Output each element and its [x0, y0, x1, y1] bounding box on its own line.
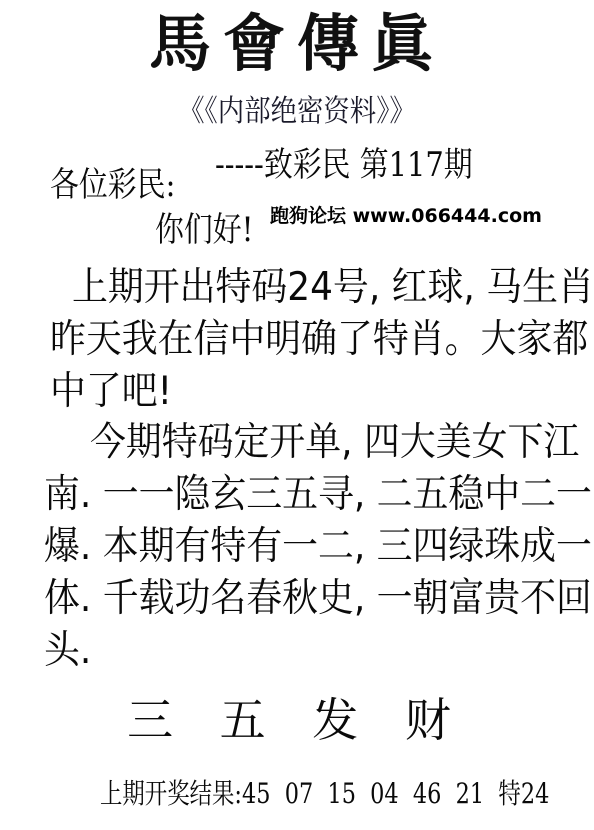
body-line: 今期特码定开单, 四大美女下江: [90, 418, 579, 468]
results-numbers: 45 07 15 04 46 21 特24: [242, 777, 549, 810]
hello-text: 你们好!: [155, 208, 253, 252]
watermark-text: 跑狗论坛 www.066444.com: [270, 202, 542, 230]
body-line: 头.: [44, 626, 91, 676]
body-line: 昨天我在信中明确了特肖。大家都: [50, 315, 588, 365]
body-line: 南. 一一隐玄三五寻, 二五稳中二一: [44, 470, 592, 520]
body-line: 体. 千载功名春秋史, 一朝富贵不回: [44, 574, 592, 624]
issue-label: -----致彩民 第117期: [215, 143, 473, 187]
slogan: 三 五 发 财: [0, 690, 594, 750]
document-title: 馬會傳眞: [0, 6, 594, 82]
last-results: 上期开奖结果:45 07 15 04 46 21 特24: [100, 775, 549, 813]
results-label: 上期开奖结果:: [100, 777, 242, 810]
document-subtitle: 《《内部绝密资料》》: [36, 92, 559, 132]
greeting: 各位彩民:: [50, 163, 175, 207]
body-line: 中了吧!: [50, 367, 172, 417]
body-line: 上期开出特码24号, 红球, 马生肖: [72, 263, 594, 313]
body-line: 爆. 本期有特有一二, 三四绿珠成一: [44, 522, 592, 572]
